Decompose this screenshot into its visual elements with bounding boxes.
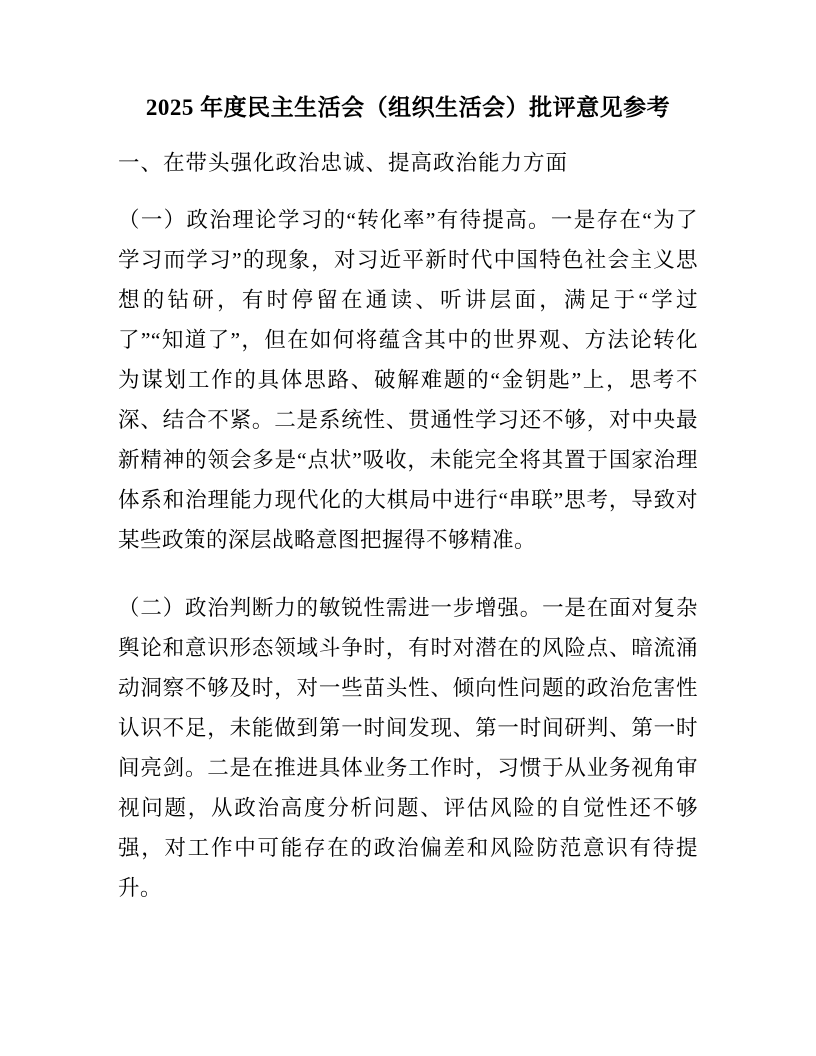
- paragraph-1: （一）政治理论学习的“转化率”有待提高。一是存在“为了学习而学习”的现象，对习近…: [118, 200, 698, 560]
- document-title: 2025 年度民主生活会（组织生活会）批评意见参考: [118, 88, 698, 128]
- section-heading: 一、在带头强化政治忠诚、提高政治能力方面: [118, 143, 698, 183]
- document-page: 2025 年度民主生活会（组织生活会）批评意见参考 一、在带头强化政治忠诚、提高…: [0, 0, 816, 1056]
- paragraph-2: （二）政治判断力的敏锐性需进一步增强。一是在面对复杂舆论和意识形态领域斗争时，有…: [118, 588, 698, 908]
